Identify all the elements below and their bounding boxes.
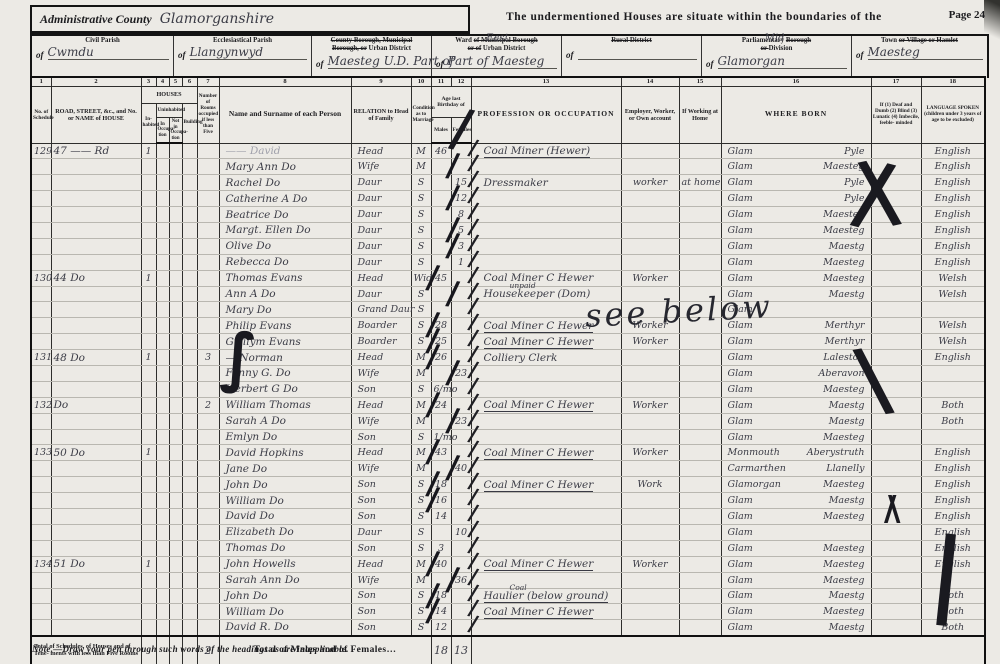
person-name: Thomas Evans <box>219 270 351 286</box>
marital-condition: S <box>411 493 431 509</box>
infirmity <box>871 524 921 540</box>
person-name: Gwilym Evans <box>219 334 351 350</box>
age-female: 40/ <box>451 461 471 477</box>
schedule-number <box>31 334 51 350</box>
language-spoken <box>921 302 985 318</box>
where-born-pair: GlamMaestg <box>724 289 869 300</box>
infirmity <box>871 556 921 572</box>
person-name: John Howells <box>219 556 351 572</box>
age-male <box>431 223 451 239</box>
handwritten-text: Emlyn Do <box>226 431 278 443</box>
marital-condition: S <box>411 540 431 556</box>
age-female <box>451 429 471 445</box>
handwritten-text: Son <box>358 384 376 395</box>
working-at-home <box>679 254 721 270</box>
schedule-number <box>31 429 51 445</box>
person-name: Margt. Ellen Do <box>219 223 351 239</box>
language-spoken: English <box>921 254 985 270</box>
handwritten-text: Head <box>358 352 384 363</box>
handwritten-text: Fanny G. Do <box>226 367 291 379</box>
where-born: MonmouthAberystruth <box>721 445 871 461</box>
handwritten-text: English <box>935 463 971 474</box>
working-at-home <box>679 381 721 397</box>
schedule-number <box>31 191 51 207</box>
handwritten-text: Son <box>358 590 376 601</box>
age-male: 16/ <box>431 493 451 509</box>
infirmity <box>871 302 921 318</box>
house-building <box>182 477 197 493</box>
house-inhabited <box>141 191 156 207</box>
marital-condition: M <box>411 350 431 366</box>
person-name: Ann A Do <box>219 286 351 302</box>
house-inhabited <box>141 604 156 620</box>
address: 48 Do <box>51 350 141 366</box>
handwritten-text: English <box>935 161 971 172</box>
working-at-home <box>679 350 721 366</box>
marital-condition: M <box>411 572 431 588</box>
schedule-number <box>31 207 51 223</box>
house-uninhabited-not <box>169 540 182 556</box>
rooms-count <box>197 286 219 302</box>
relation: Boarder <box>351 334 411 350</box>
handwritten-text: Both <box>941 606 964 617</box>
occupation: / <box>471 509 621 525</box>
handwritten-text: Daur <box>358 193 382 204</box>
handwritten-text: Olive Do <box>226 240 272 252</box>
col-num: 6 <box>182 77 197 87</box>
census-row: John DoSonS18//CoalHaulier (below ground… <box>31 588 985 604</box>
occupation: / <box>471 366 621 382</box>
where-born: GlamMaestg <box>721 588 871 604</box>
marital-condition: S <box>411 286 431 302</box>
house-building <box>182 366 197 382</box>
handwritten-text: Glam <box>728 590 753 601</box>
rooms-count <box>197 556 219 572</box>
house-uninhabited-occupied <box>156 556 169 572</box>
marital-condition: M <box>411 366 431 382</box>
handwritten-text: Son <box>358 511 376 522</box>
person-name: John Do <box>219 588 351 604</box>
census-row: Olive DoDaurS3//GlamMaestgEnglish <box>31 238 985 254</box>
house-uninhabited-not <box>169 524 182 540</box>
person-name: Mary Ann Do <box>219 159 351 175</box>
age-female: / <box>451 286 471 302</box>
where-born-pair: GlamMaesteg <box>724 543 869 554</box>
occupation: / <box>471 413 621 429</box>
house-uninhabited-occupied <box>156 286 169 302</box>
census-row: Elizabeth DoDaurS10/GlamEnglish <box>31 524 985 540</box>
working-at-home <box>679 238 721 254</box>
language-spoken: English <box>921 461 985 477</box>
house-uninhabited-occupied <box>156 159 169 175</box>
person-name: Beatrice Do <box>219 207 351 223</box>
rooms-count <box>197 429 219 445</box>
address <box>51 207 141 223</box>
census-row: 13451 Do1John HowellsHeadM40//Coal Miner… <box>31 556 985 572</box>
where-born-pair: GlamLaleston <box>724 352 869 363</box>
employer-status <box>621 143 679 159</box>
house-building <box>182 493 197 509</box>
handwritten-text: Rachel Do <box>226 177 281 189</box>
house-inhabited <box>141 493 156 509</box>
working-at-home <box>679 445 721 461</box>
house-uninhabited-occupied <box>156 572 169 588</box>
marital-condition: Wid <box>411 270 431 286</box>
person-name: Fanny G. Do <box>219 366 351 382</box>
schedule-number: 134 <box>31 556 51 572</box>
address <box>51 572 141 588</box>
col-header-schedule: No. of Schedule <box>31 87 51 144</box>
schedule-number <box>31 254 51 270</box>
language-spoken: English <box>921 191 985 207</box>
col-header-condition: Condition as to Marriage <box>411 87 431 144</box>
language-spoken <box>921 366 985 382</box>
house-building <box>182 413 197 429</box>
house-uninhabited-not <box>169 445 182 461</box>
rooms-count <box>197 381 219 397</box>
age-female <box>451 397 471 413</box>
schedule-number: 133 <box>31 445 51 461</box>
parish-box-label: Rural District <box>566 37 697 45</box>
marital-condition: M <box>411 461 431 477</box>
house-uninhabited-not <box>169 143 182 159</box>
working-at-home <box>679 397 721 413</box>
census-table-body: 12947 —— Rd1—— DavidHeadM46/Coal Miner (… <box>31 143 985 636</box>
relation: Daur <box>351 286 411 302</box>
handwritten-text: Pyle <box>844 177 864 188</box>
infirmity <box>871 445 921 461</box>
address <box>51 509 141 525</box>
age-female: 3/ <box>451 238 471 254</box>
house-inhabited <box>141 620 156 636</box>
census-row: Philip EvansBoarderS28//Coal Miner C Hew… <box>31 318 985 334</box>
col-header-inhabited: In- habited <box>141 104 156 144</box>
person-name: Herbert G Do <box>219 381 351 397</box>
parish-box-value: Glamorgan <box>718 55 848 69</box>
language-spoken: English <box>921 207 985 223</box>
relation: Head <box>351 270 411 286</box>
age-female: 12/ <box>451 191 471 207</box>
where-born-pair: GlamPyle <box>724 193 869 204</box>
occupation: /unpaidHousekeeper (Dom) <box>471 286 621 302</box>
census-table-header: 1 2 3 4 5 6 7 8 9 10 11 12 13 14 15 16 1… <box>31 77 985 143</box>
handwritten-text: Maesteg <box>823 575 864 586</box>
handwritten-text: Maesteg <box>823 559 864 570</box>
rooms-count <box>197 477 219 493</box>
house-uninhabited-not <box>169 572 182 588</box>
col-header-rooms: Number of Rooms occupied if less than Fi… <box>197 87 219 144</box>
infirmity <box>871 413 921 429</box>
working-at-home <box>679 302 721 318</box>
census-row: Sarah A DoWifeM23//GlamMaestgBoth <box>31 413 985 429</box>
marital-condition: S <box>411 175 431 191</box>
handwritten-text: 28 <box>435 320 447 331</box>
where-born-pair: Glam <box>724 527 869 538</box>
where-born-pair: MonmouthAberystruth <box>724 447 869 458</box>
schedule-number <box>31 461 51 477</box>
language-spoken: English <box>921 238 985 254</box>
handwritten-text: Coal Miner (Hewer) <box>484 145 591 158</box>
marital-condition: S <box>411 477 431 493</box>
working-at-home <box>679 207 721 223</box>
language-spoken: English <box>921 477 985 493</box>
where-born-pair: GlamMaestg <box>724 416 869 427</box>
age-female <box>451 445 471 461</box>
handwritten-text: Glam <box>728 241 753 252</box>
address: Do <box>51 397 141 413</box>
employer-status <box>621 366 679 382</box>
relation: Son <box>351 588 411 604</box>
relation: Wife <box>351 159 411 175</box>
house-uninhabited-occupied <box>156 604 169 620</box>
occupation: /Coal Miner C Hewer <box>471 334 621 350</box>
rooms-count <box>197 588 219 604</box>
person-name: William Do <box>219 493 351 509</box>
rooms-count: 3 <box>197 350 219 366</box>
employer-status <box>621 159 679 175</box>
parish-box-urban-district: County Borough, MunicipalBorough, or Urb… <box>312 36 432 78</box>
handwritten-text: Mary Do <box>226 304 272 316</box>
census-row: John DoSonS18//Coal Miner C HewerWorkGla… <box>31 477 985 493</box>
handwritten-text: worker <box>633 177 667 188</box>
where-born: GlamMaesteg <box>721 604 871 620</box>
handwritten-text: Maestg <box>829 400 865 411</box>
col-header-born: WHERE BORN <box>721 87 871 144</box>
employer-status <box>621 302 679 318</box>
census-row: Jane DoWifeM40//CarmarthenLlanellyEnglis… <box>31 461 985 477</box>
infirmity <box>871 540 921 556</box>
person-name: Olive Do <box>219 238 351 254</box>
age-male: 40/ <box>431 556 451 572</box>
where-born: GlamorganMaesteg <box>721 477 871 493</box>
marital-condition: M <box>411 556 431 572</box>
address: 47 —— Rd <box>51 143 141 159</box>
page-number: Page 24 <box>949 9 985 21</box>
where-born-pair: GlamMaestg <box>724 241 869 252</box>
occupation: / <box>471 302 621 318</box>
marital-condition: S <box>411 207 431 223</box>
schedule-number <box>31 366 51 382</box>
house-building <box>182 620 197 636</box>
age-female: 1 <box>451 254 471 270</box>
working-at-home <box>679 524 721 540</box>
handwritten-text: Coal Miner C Hewer <box>484 336 594 349</box>
address <box>51 493 141 509</box>
handwritten-text: Glam <box>728 400 753 411</box>
handwritten-text: 12 <box>455 193 467 204</box>
age-male: 14/ <box>431 604 451 620</box>
census-row: David R. DoSonS12/GlamMaestgBoth <box>31 620 985 636</box>
working-at-home <box>679 509 721 525</box>
address <box>51 175 141 191</box>
handwritten-text: Monmouth <box>728 447 780 458</box>
age-male <box>431 286 451 302</box>
person-name: Rachel Do <box>219 175 351 191</box>
address <box>51 366 141 382</box>
handwritten-text: Wife <box>358 463 380 474</box>
house-building <box>182 556 197 572</box>
age-male: 1/mo <box>431 429 451 445</box>
address: 44 Do <box>51 270 141 286</box>
house-building <box>182 509 197 525</box>
handwritten-text: 15 <box>455 177 467 188</box>
census-row: 132Do2William ThomasHeadM24//Coal Miner … <box>31 397 985 413</box>
handwritten-text: Worker <box>632 447 667 458</box>
handwritten-text: Elizabeth Do <box>226 526 294 538</box>
handwritten-text: William Do <box>226 495 284 507</box>
house-uninhabited-occupied <box>156 397 169 413</box>
house-building <box>182 270 197 286</box>
house-inhabited <box>141 302 156 318</box>
where-born-pair: GlamAberavon <box>724 368 869 379</box>
handwritten-text: English <box>935 177 971 188</box>
age-female <box>451 604 471 620</box>
handwritten-text: Worker <box>632 273 667 284</box>
address <box>51 302 141 318</box>
where-born: GlamMaestg <box>721 286 871 302</box>
occupation: / <box>471 207 621 223</box>
census-row: 13148 Do13— NormanHeadM26//Colliery Cler… <box>31 350 985 366</box>
census-row: David DoSonS14/GlamMaestegEnglish <box>31 509 985 525</box>
house-inhabited: 1 <box>141 556 156 572</box>
handwritten-text: English <box>935 479 971 490</box>
where-born-pair: Glam <box>724 304 869 315</box>
handwritten-text: M <box>416 352 426 363</box>
where-born-pair: GlamMaestg <box>724 622 869 633</box>
handwritten-text: Boarder <box>358 336 397 347</box>
handwritten-text: Maestg <box>829 289 865 300</box>
handwritten-text: 14 <box>435 511 447 522</box>
infirmity <box>871 429 921 445</box>
where-born: GlamMaesteg <box>721 572 871 588</box>
col-num: 13 <box>471 77 621 87</box>
house-inhabited <box>141 413 156 429</box>
handwritten-text: Glam <box>728 527 753 538</box>
relation: Son <box>351 493 411 509</box>
handwritten-text: S <box>418 543 425 554</box>
age-female: 23/ <box>451 413 471 429</box>
handwritten-text: Mary Ann Do <box>226 161 297 173</box>
handwritten-text: 1 <box>458 257 464 268</box>
employer-status <box>621 540 679 556</box>
where-born: GlamMaesteg <box>721 159 871 175</box>
schedule-number <box>31 620 51 636</box>
handwritten-text: Welsh <box>938 273 967 284</box>
handwritten-text: Do <box>54 399 69 411</box>
handwritten-text: English <box>935 447 971 458</box>
house-uninhabited-occupied <box>156 413 169 429</box>
age-male <box>431 461 451 477</box>
infirmity <box>871 175 921 191</box>
employer-status <box>621 381 679 397</box>
working-at-home <box>679 540 721 556</box>
working-at-home <box>679 556 721 572</box>
occupation: / <box>471 159 621 175</box>
handwritten-text: 48 Do <box>54 352 85 364</box>
address <box>51 477 141 493</box>
totals-males-value: 18 <box>431 636 451 664</box>
schedule-number <box>31 493 51 509</box>
house-uninhabited-occupied <box>156 302 169 318</box>
house-uninhabited-occupied <box>156 540 169 556</box>
rooms-count <box>197 445 219 461</box>
infirmity <box>871 238 921 254</box>
top-header-band: Administrative County Glamorganshire The… <box>30 5 985 34</box>
where-born: GlamLaleston <box>721 350 871 366</box>
census-row: 13044 Do1Thomas EvansHeadWid45//Coal Min… <box>31 270 985 286</box>
handwritten-text: 47 —— Rd <box>54 145 110 157</box>
col-num: 15 <box>679 77 721 87</box>
handwritten-text: Welsh <box>938 336 967 347</box>
col-num: 11 <box>431 77 451 87</box>
address: 51 Do <box>51 556 141 572</box>
handwritten-text: Coal Miner C Hewer <box>484 320 594 333</box>
parish-box-label: Ecclesiastical Parish <box>178 37 307 45</box>
handwritten-text: Coal Miner C Hewer <box>484 479 594 492</box>
employer-status: worker <box>621 175 679 191</box>
occupation: / <box>471 191 621 207</box>
occupation: / <box>471 572 621 588</box>
handwritten-text: Glam <box>728 177 753 188</box>
handwritten-text: English <box>935 146 971 157</box>
where-born-pair: GlamMaestg <box>724 495 869 506</box>
relation: Grand Daur <box>351 302 411 318</box>
col-header-uninhabited: Uninhabited <box>156 104 182 118</box>
house-uninhabited-not <box>169 381 182 397</box>
house-uninhabited-not <box>169 493 182 509</box>
handwritten-text: S <box>418 479 425 490</box>
handwritten-text: Coal Miner C Hewer <box>484 272 594 284</box>
handwritten-text: 134 <box>34 559 52 570</box>
handwritten-text: Maesteg <box>823 209 864 220</box>
handwritten-text: Daur <box>358 289 382 300</box>
census-row: Ann A DoDaurS//unpaidHousekeeper (Dom)Gl… <box>31 286 985 302</box>
address <box>51 429 141 445</box>
handwritten-text: Part of Maesteg <box>448 54 545 68</box>
handwritten-text: 18 <box>435 479 447 490</box>
relation: Wife <box>351 366 411 382</box>
occupation: / <box>471 381 621 397</box>
age-female: / <box>451 159 471 175</box>
handwritten-text: Maesteg <box>823 225 864 236</box>
census-row: Mary Ann DoWifeM//GlamMaestegEnglish <box>31 159 985 175</box>
house-building <box>182 588 197 604</box>
infirmity <box>871 207 921 223</box>
language-spoken: English <box>921 175 985 191</box>
marital-condition: S <box>411 604 431 620</box>
house-inhabited <box>141 238 156 254</box>
marital-condition: S <box>411 191 431 207</box>
census-row: 12947 —— Rd1—— DavidHeadM46/Coal Miner (… <box>31 143 985 159</box>
age-male: 14 <box>431 509 451 525</box>
parish-box-label: Town or Village or Hamlet <box>856 37 983 45</box>
handwritten-text: Coal Miner C Hewer <box>484 399 594 412</box>
col-header-males: Males <box>431 118 451 144</box>
infirmity <box>871 318 921 334</box>
handwritten-text: Glam <box>728 511 753 522</box>
language-spoken: Both <box>921 413 985 429</box>
handwritten-text: 129 <box>34 146 52 157</box>
schedule-number <box>31 223 51 239</box>
handwritten-text: Both <box>941 416 964 427</box>
house-uninhabited-not <box>169 286 182 302</box>
where-born-pair: GlamMaestg <box>724 590 869 601</box>
handwritten-text: Wife <box>358 575 380 586</box>
handwritten-text: S <box>418 225 425 236</box>
working-at-home <box>679 191 721 207</box>
handwritten-text: Thomas Evans <box>226 272 303 284</box>
relation: Head <box>351 143 411 159</box>
